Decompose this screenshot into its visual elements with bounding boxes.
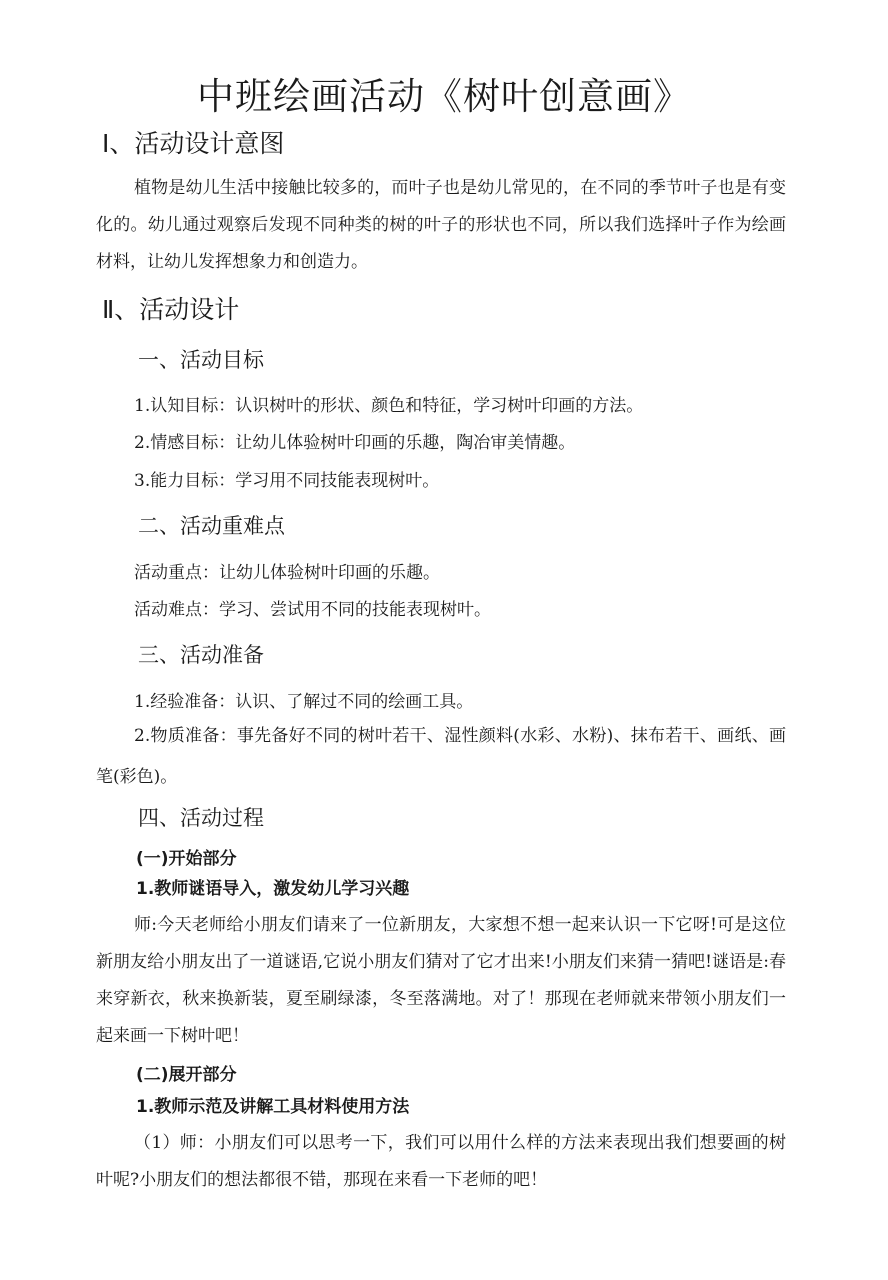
goal-item: 2.情感目标：让幼儿体验树叶印画的乐趣，陶冶审美情趣。	[134, 430, 575, 456]
part-heading-start: (一)开始部分	[136, 846, 237, 872]
design-intent-paragraph: 植物是幼儿生活中接触比较多的，而叶子也是幼儿常见的，在不同的季节叶子也是有变化的…	[96, 170, 786, 281]
riddle-paragraph: 师:今天老师给小朋友们请来了一位新朋友，大家想不想一起来认识一下它呀!可是这位新…	[96, 907, 786, 1055]
subheading-process: 四、活动过程	[138, 803, 264, 833]
part-heading-develop: (二)展开部分	[136, 1062, 237, 1088]
preparation-item: 1.经验准备：认识、了解过不同的绘画工具。	[134, 689, 473, 715]
demo-paragraph: （1）师：小朋友们可以思考一下，我们可以用什么样的方法来表现出我们想要画的树叶呢…	[96, 1125, 786, 1199]
step-heading-riddle: 1.教师谜语导入，激发幼儿学习兴趣	[136, 876, 409, 902]
subheading-goals: 一、活动目标	[138, 345, 264, 375]
document-page: 中班绘画活动《树叶创意画》 Ⅰ、活动设计意图 植物是幼儿生活中接触比较多的，而叶…	[0, 0, 888, 1280]
step-heading-demo: 1.教师示范及讲解工具材料使用方法	[136, 1094, 409, 1120]
preparation-item: 2.物质准备：事先备好不同的树叶若干、湿性颜料(水彩、水粉)、抹布若干、画纸、画…	[96, 716, 786, 798]
key-point-item: 活动难点：学习、尝试用不同的技能表现树叶。	[134, 597, 491, 623]
subheading-preparation: 三、活动准备	[138, 640, 264, 670]
goal-item: 3.能力目标：学习用不同技能表现树叶。	[134, 468, 439, 494]
section-heading-activity-design: Ⅱ、活动设计	[102, 293, 239, 327]
key-point-item: 活动重点：让幼儿体验树叶印画的乐趣。	[134, 560, 440, 586]
document-title: 中班绘画活动《树叶创意画》	[0, 72, 888, 122]
section-heading-design-intent: Ⅰ、活动设计意图	[102, 127, 284, 161]
subheading-key-points: 二、活动重难点	[138, 511, 285, 541]
goal-item: 1.认知目标：认识树叶的形状、颜色和特征，学习树叶印画的方法。	[134, 393, 643, 419]
